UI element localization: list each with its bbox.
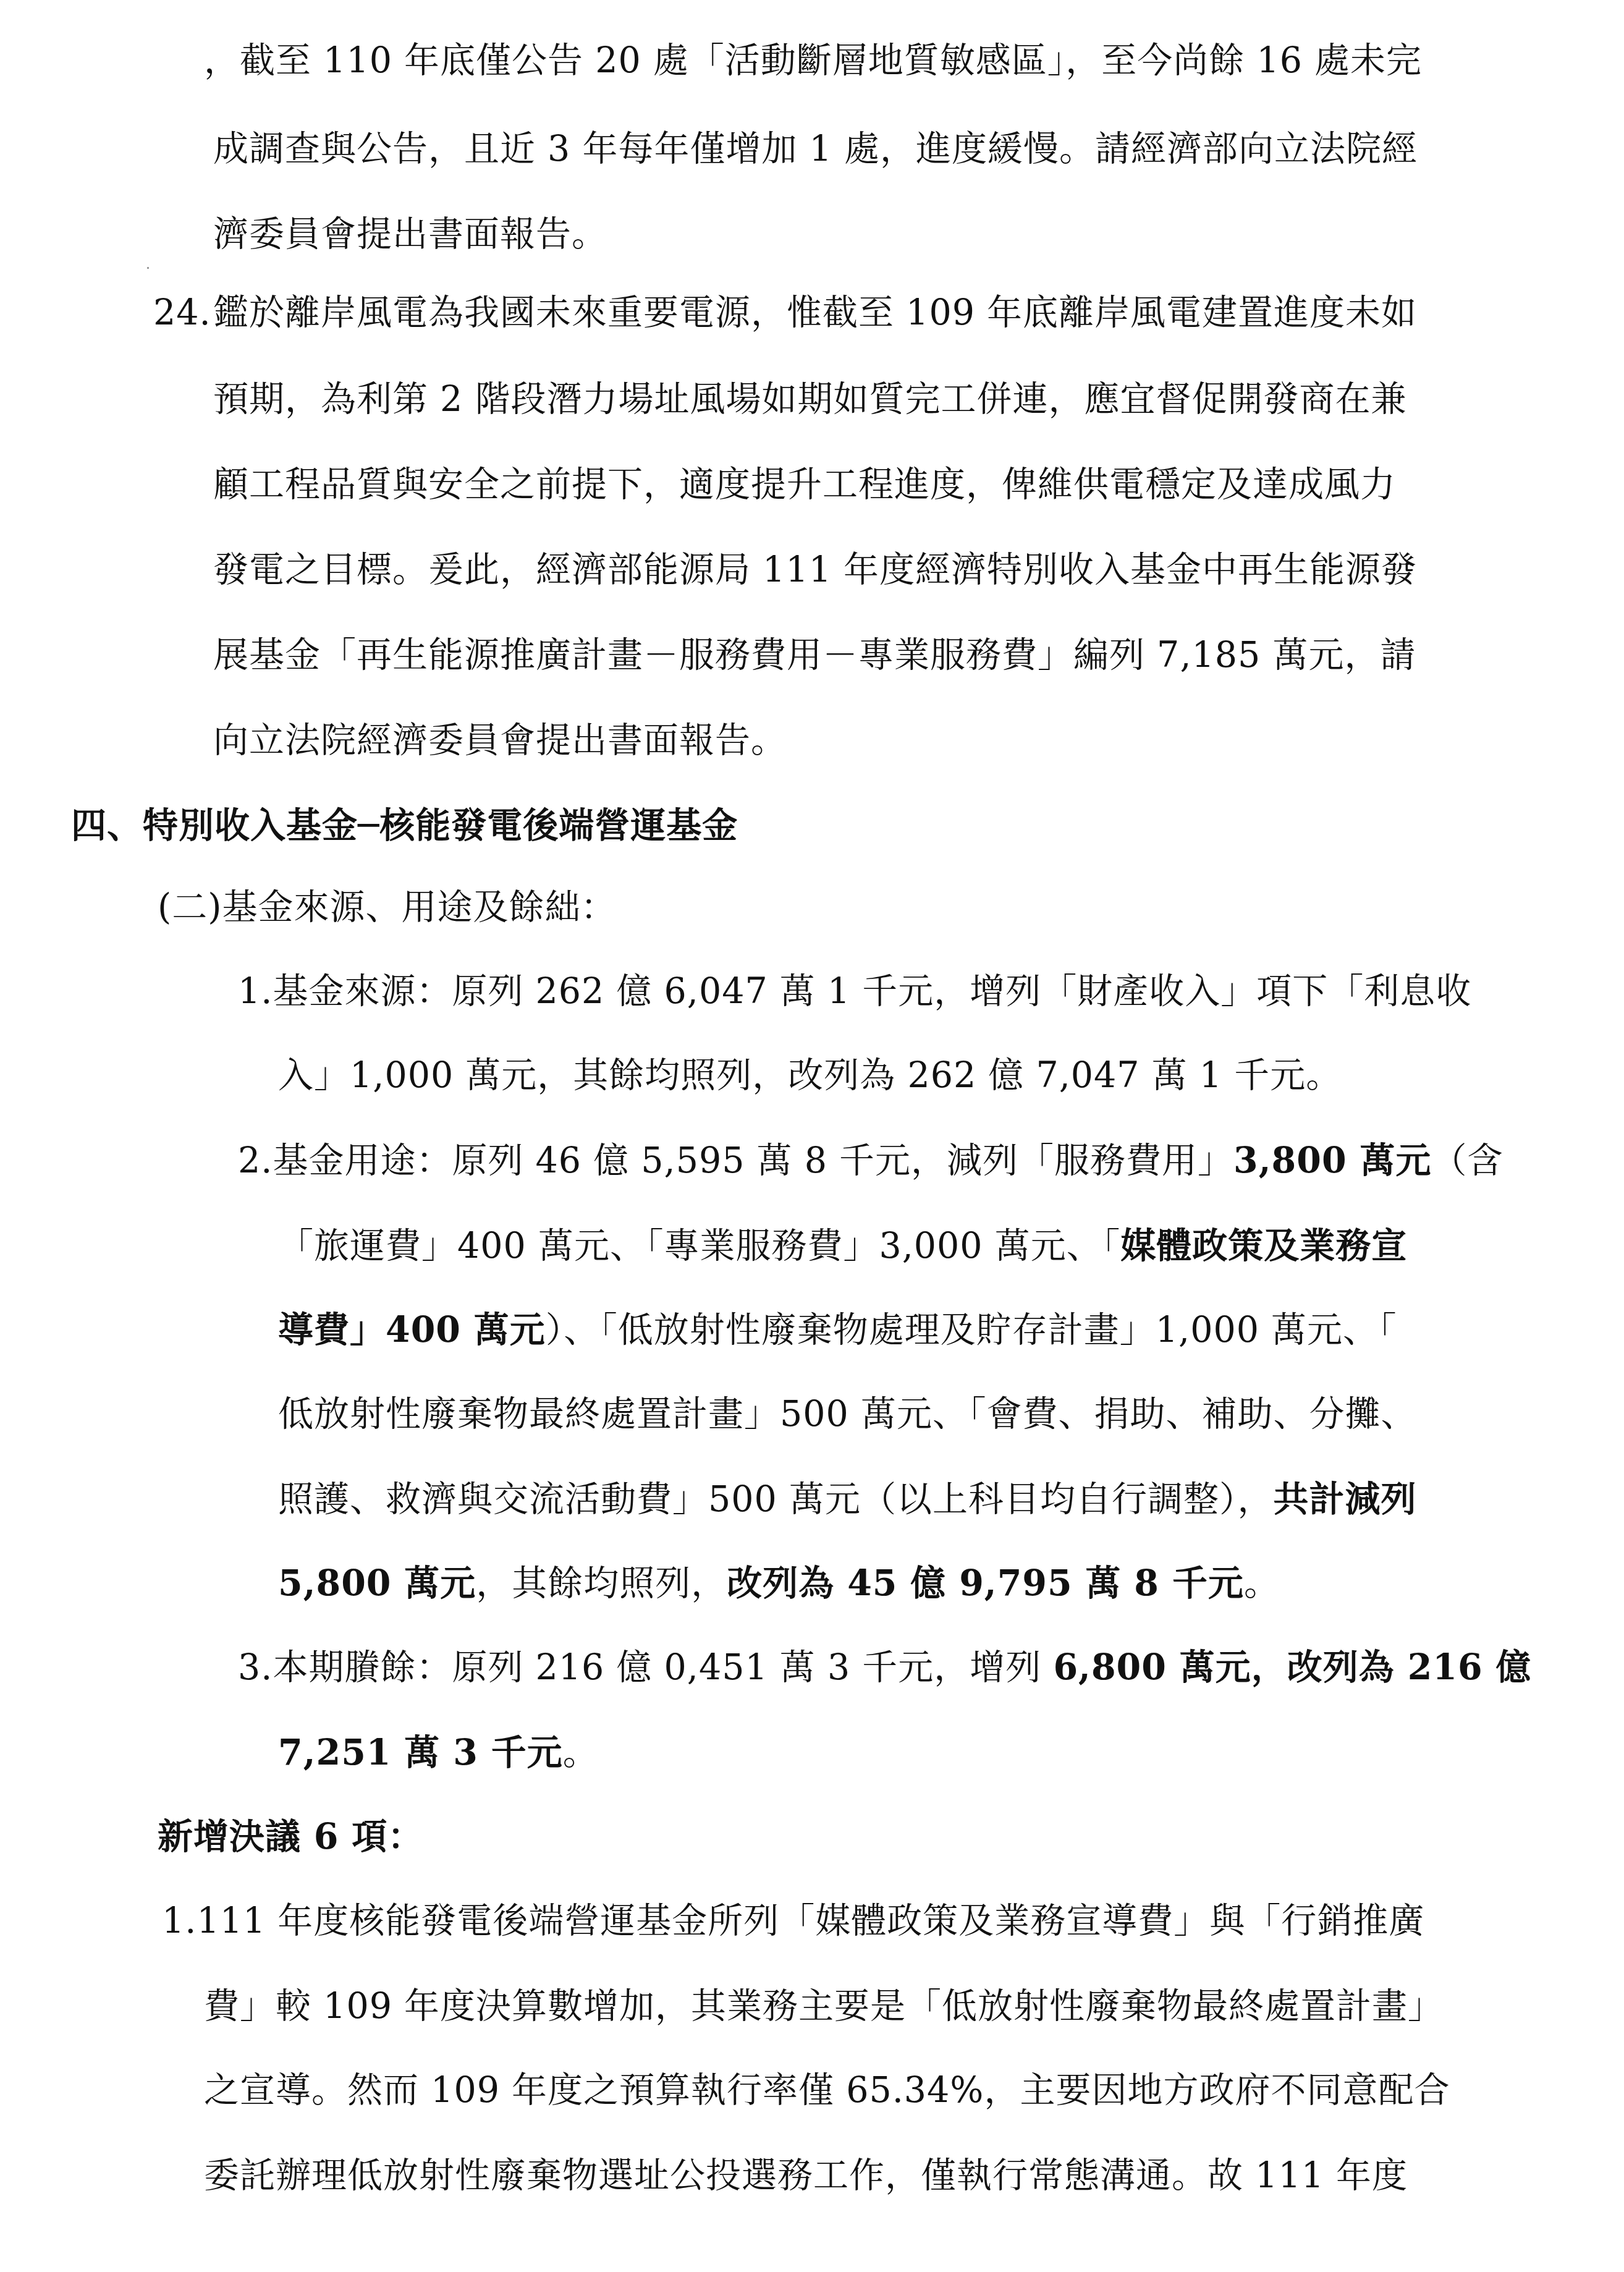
fund-use-bold-total: 共計減列 <box>1273 1478 1416 1520</box>
surplus-text: 3.本期賸餘：原列 216 億 0,451 萬 3 千元，增列 <box>238 1647 1053 1688</box>
item24-number: 24. <box>153 290 211 335</box>
item24-line-6: 向立法院經濟委員會提出書面報告。 <box>213 718 787 763</box>
fund-use-text: 照護、救濟與交流活動費」500 萬元（以上科目均自行調整）， <box>278 1479 1273 1520</box>
resolution-1-line-4: 委託辦理低放射性廢棄物選址公投選務工作，僅執行常態溝通。故 111 年度 <box>204 2153 1408 2198</box>
surplus-line-1: 3.本期賸餘：原列 216 億 0,451 萬 3 千元，增列 6,800 萬元… <box>238 1645 1531 1690</box>
fund-source-line-2: 入」1,000 萬元，其餘均照列，改列為 262 億 7,047 萬 1 千元。 <box>278 1053 1342 1098</box>
section-heading: 四、特別收入基金─核能發電後端營運基金 <box>71 803 738 848</box>
fund-use-line-6: 5,800 萬元，其餘均照列，改列為 45 億 9,795 萬 8 千元。 <box>278 1561 1280 1606</box>
fund-use-text: 「旅運費」400 萬元、「專業服務費」3,000 萬元、「 <box>278 1226 1120 1266</box>
fund-use-line-5: 照護、救濟與交流活動費」500 萬元（以上科目均自行調整），共計減列 <box>278 1477 1416 1522</box>
fund-use-text: （含 <box>1431 1140 1503 1181</box>
item24-line-4: 發電之目標。爰此，經濟部能源局 111 年度經濟特別收入基金中再生能源發 <box>213 548 1417 592</box>
fund-source-line-1: 1.基金來源：原列 262 億 6,047 萬 1 千元，增列「財產收入」項下「… <box>238 969 1471 1014</box>
surplus-bold: 7,251 萬 3 千元 <box>278 1732 563 1773</box>
fund-use-bold-revised: 改列為 45 億 9,795 萬 8 千元 <box>727 1562 1244 1604</box>
resolution-1-line-3: 之宣導。然而 109 年度之預算執行率僅 65.34%，主要因地方政府不同意配合 <box>204 2068 1450 2113</box>
resolution-1-line-2: 費」較 109 年度決算數增加，其業務主要是「低放射性廢棄物最終處置計畫」 <box>204 1984 1444 2028</box>
fund-use-bold-total: 5,800 萬元 <box>278 1562 476 1604</box>
item24-line-2: 預期，為利第 2 階段潛力場址風場如期如質完工併連，應宜督促開發商在兼 <box>213 377 1407 422</box>
fund-use-text: 2.基金用途：原列 46 億 5,595 萬 8 千元，減列「服務費用」 <box>238 1140 1233 1181</box>
subsection-heading: (二)基金來源、用途及餘絀： <box>158 885 616 930</box>
fund-use-line-4: 低放射性廢棄物最終處置計畫」500 萬元、「會費、捐助、補助、分攤、 <box>278 1392 1416 1436</box>
fund-use-bold-amount: 3,800 萬元 <box>1233 1140 1431 1181</box>
new-resolutions-heading: 新增決議 6 項： <box>158 1815 423 1859</box>
item24-line-1: 鑑於離岸風電為我國未來重要電源，惟截至 109 年底離岸風電建置進度未如 <box>213 290 1417 335</box>
fund-use-line-2: 「旅運費」400 萬元、「專業服務費」3,000 萬元、「媒體政策及業務宣 <box>278 1224 1407 1268</box>
fund-use-text: ）、「低放射性廢棄物處理及貯存計畫」1,000 萬元、「 <box>546 1310 1397 1350</box>
resolution-1-line-1: 1.111 年度核能發電後端營運基金所列「媒體政策及業務宣導費」與「行銷推廣 <box>162 1899 1424 1943</box>
item23-line-1: ，截至 110 年底僅公告 20 處「活動斷層地質敏感區」，至今尚餘 16 處未… <box>204 38 1422 83</box>
scan-speck <box>147 267 149 269</box>
surplus-line-2: 7,251 萬 3 千元。 <box>278 1731 599 1775</box>
fund-use-text: ，其餘均照列， <box>476 1563 727 1604</box>
item24-line-5: 展基金「再生能源推廣計畫－服務費用－專業服務費」編列 7,185 萬元，請 <box>213 633 1416 677</box>
item23-line-2: 成調查與公告，且近 3 年每年僅增加 1 處，進度緩慢。請經濟部向立法院經 <box>213 127 1418 171</box>
fund-use-bold-item: 導費」400 萬元 <box>278 1309 546 1350</box>
surplus-bold: 6,800 萬元，改列為 216 億 <box>1053 1647 1531 1688</box>
item24-line-3: 顧工程品質與安全之前提下，適度提升工程進度，俾維供電穩定及達成風力 <box>213 462 1396 507</box>
fund-use-line-1: 2.基金用途：原列 46 億 5,595 萬 8 千元，減列「服務費用」3,80… <box>238 1138 1503 1183</box>
fund-use-text: 。 <box>1244 1563 1280 1604</box>
surplus-text: 。 <box>563 1732 599 1773</box>
fund-use-bold-item: 媒體政策及業務宣 <box>1120 1225 1407 1266</box>
fund-use-line-3: 導費」400 萬元）、「低放射性廢棄物處理及貯存計畫」1,000 萬元、「 <box>278 1308 1397 1352</box>
item23-line-3: 濟委員會提出書面報告。 <box>213 212 607 256</box>
